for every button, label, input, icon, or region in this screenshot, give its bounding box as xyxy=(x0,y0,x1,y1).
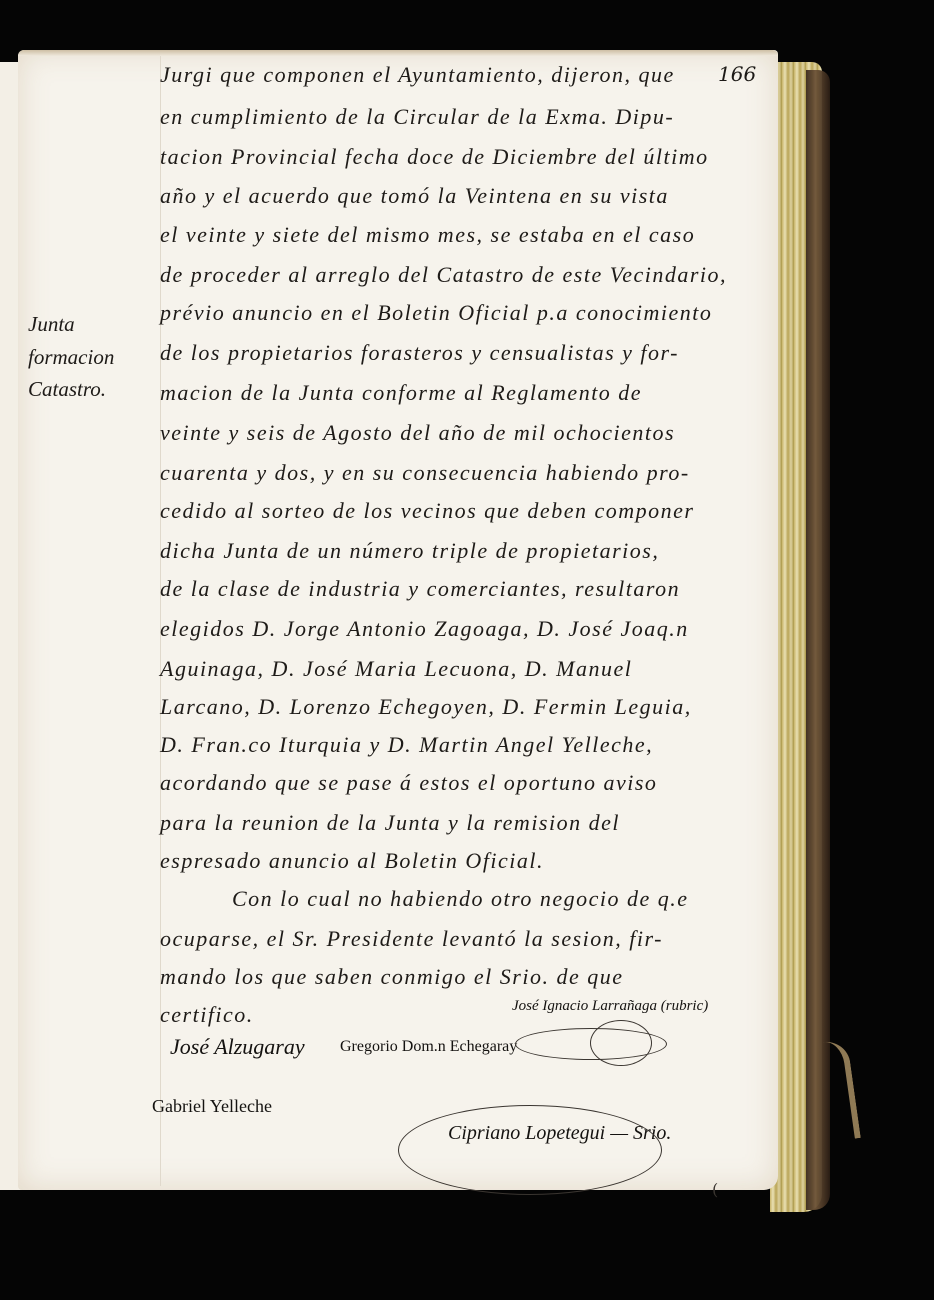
text-line: año y el acuerdo que tomó la Veintena en… xyxy=(160,183,750,209)
text-line: de los propietarios forasteros y censual… xyxy=(160,340,750,366)
marbled-cover-edge xyxy=(806,70,830,1210)
text-line: D. Fran.co Iturquia y D. Martin Angel Ye… xyxy=(160,732,750,758)
text-line: tacion Provincial fecha doce de Diciembr… xyxy=(160,144,750,170)
signature: José Alzugaray xyxy=(170,1034,305,1060)
text-line: el veinte y siete del mismo mes, se esta… xyxy=(160,222,750,248)
margin-note-line: formacion xyxy=(28,345,114,370)
text-line: prévio anuncio en el Boletin Oficial p.a… xyxy=(160,300,750,326)
margin-note-line: Catastro. xyxy=(28,377,106,402)
signature-flourish xyxy=(398,1105,662,1195)
page-top-edge xyxy=(18,50,778,56)
text-line: macion de la Junta conforme al Reglament… xyxy=(160,380,750,406)
signature: Gabriel Yelleche xyxy=(152,1096,272,1117)
signature: José Ignacio Larrañaga (rubric) xyxy=(512,998,708,1015)
text-line: Larcano, D. Lorenzo Echegoyen, D. Fermin… xyxy=(160,694,750,720)
text-line: cuarenta y dos, y en su consecuencia hab… xyxy=(160,460,750,486)
text-line: mando los que saben conmigo el Srio. de … xyxy=(160,964,750,990)
text-line: Con lo cual no habiendo otro negocio de … xyxy=(232,886,822,912)
text-line: elegidos D. Jorge Antonio Zagoaga, D. Jo… xyxy=(160,616,750,642)
margin-note-line: Junta xyxy=(28,312,75,337)
signature: Gregorio Dom.n Echegaray xyxy=(340,1038,517,1056)
text-line: de proceder al arreglo del Catastro de e… xyxy=(160,262,750,288)
text-line: ocuparse, el Sr. Presidente levantó la s… xyxy=(160,926,750,952)
text-line: Jurgi que componen el Ayuntamiento, dije… xyxy=(160,62,750,88)
text-line: espresado anuncio al Boletin Oficial. xyxy=(160,848,750,874)
signature-flourish xyxy=(590,1020,652,1066)
pencil-mark: ( xyxy=(712,1180,718,1199)
text-line: de la clase de industria y comerciantes,… xyxy=(160,576,750,602)
text-line: Aguinaga, D. José Maria Lecuona, D. Manu… xyxy=(160,656,750,682)
text-line: cedido al sorteo de los vecinos que debe… xyxy=(160,498,750,524)
text-line: veinte y seis de Agosto del año de mil o… xyxy=(160,420,750,446)
text-line: en cumplimiento de la Circular de la Exm… xyxy=(160,104,750,130)
text-line: para la reunion de la Junta y la remisio… xyxy=(160,810,750,836)
text-line: acordando que se pase á estos el oportun… xyxy=(160,770,750,796)
text-line: dicha Junta de un número triple de propi… xyxy=(160,538,750,564)
